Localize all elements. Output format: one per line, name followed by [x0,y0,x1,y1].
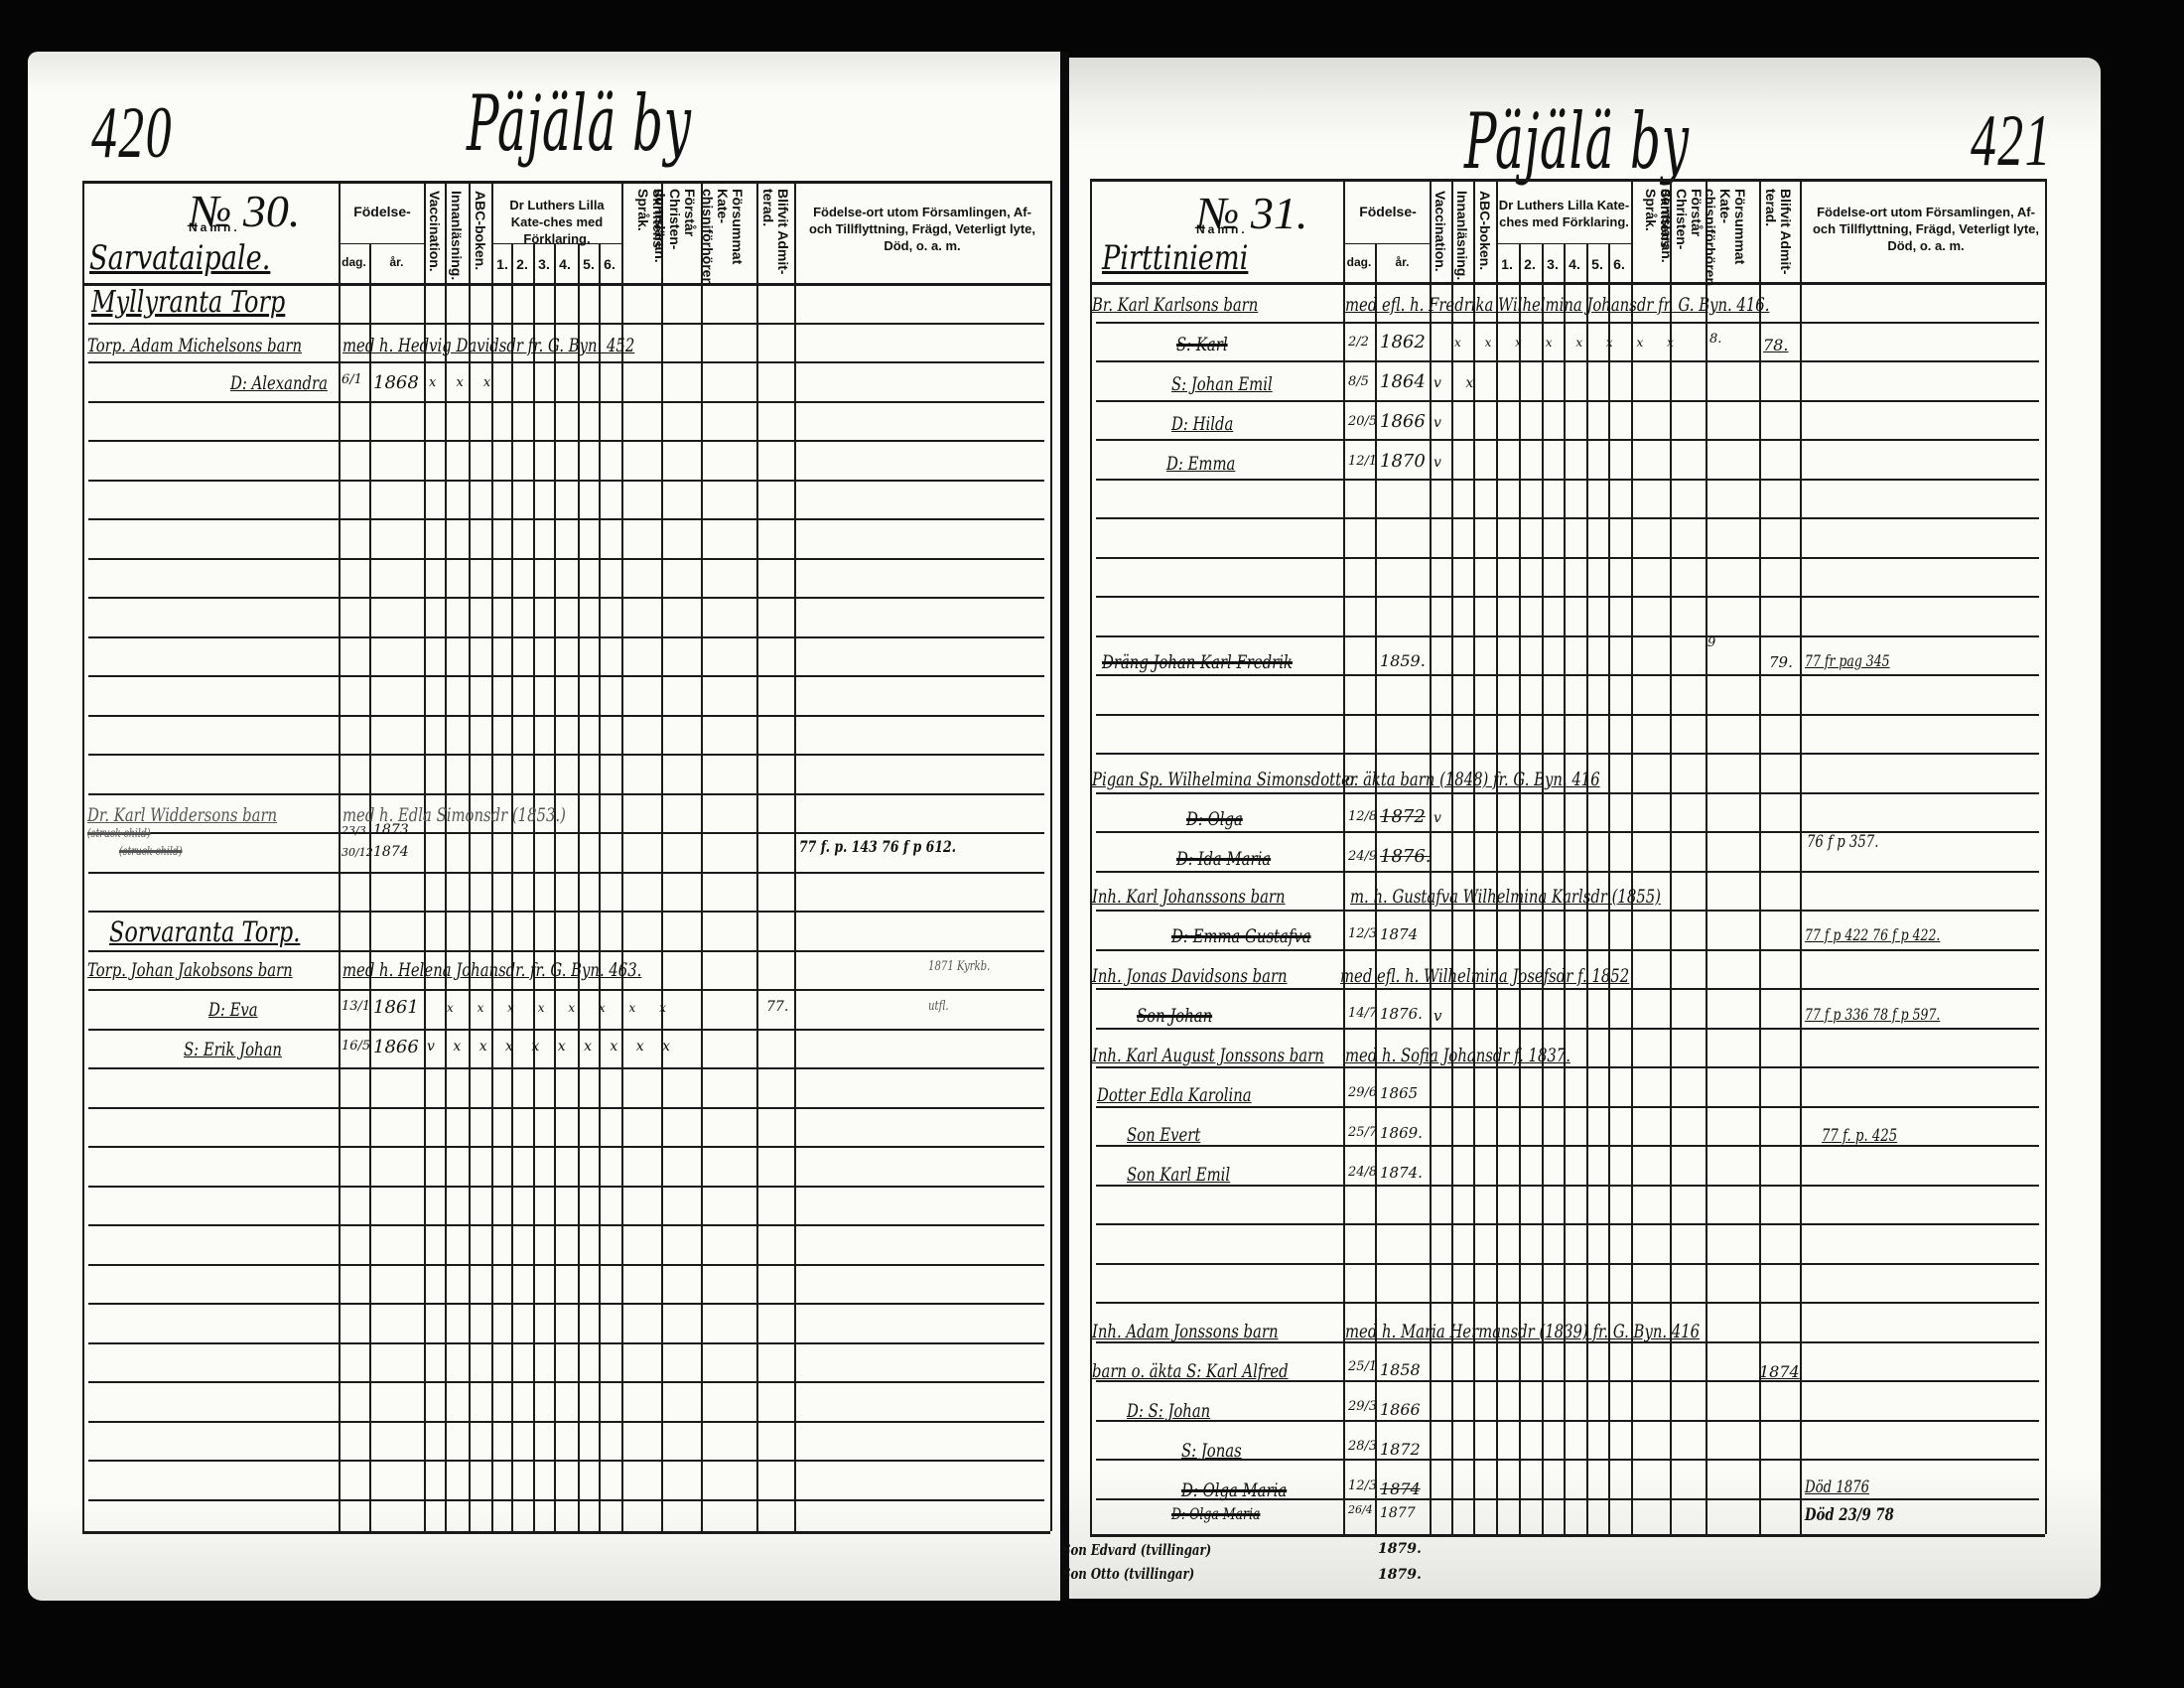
column-divider [1706,179,1707,1534]
entry-year: 1868 [373,372,419,393]
entry-continuation: med efl. h. Fredrika Wilhelmina Johansdr… [1345,294,1769,316]
entry-marks: v [1433,1007,1441,1025]
entry-blifvit: 78. [1763,336,1788,354]
entry-name: D: Olga Maria [1181,1479,1287,1501]
entry-name: Son Johan [1137,1005,1212,1027]
entry-year: 1866 [1380,411,1426,432]
row-rule [1096,517,2039,519]
entry-year: 1874 [373,844,409,860]
row-rule [88,597,1044,599]
column-divider [554,243,556,1531]
entry-year: 1876. [1380,846,1432,867]
header-innanlasning: Innanläsning. [449,191,464,282]
entry-margin-name: Son Edvard (tvillingar) [1062,1541,1211,1559]
entry-name: D: Ida Maria [1176,848,1271,870]
entry-year: 1870 [1380,451,1426,472]
row-rule [1096,557,2039,559]
luther-number: 5. [578,256,600,272]
header-dag: dag. [339,254,369,271]
row-rule [1096,674,2039,676]
entry-blifvit: 1874 [1759,1362,1800,1381]
entry-marks: x x x x x x x x [1454,336,1684,350]
page-number-left: 420 [91,91,173,176]
table-bottom-rule [1090,1534,2045,1537]
entry-continuation: med h. Hedvig Davidsdr fr. G. Byn. 452 [342,335,634,356]
column-divider [424,181,426,1531]
column-divider [369,243,371,1531]
entry-place: Myllyranta Torp [91,285,285,320]
row-rule [88,636,1044,638]
header-fodelse: Födelse- [1346,204,1430,220]
column-divider [661,181,663,1531]
entry-name: S: Karl [1176,334,1228,355]
row-rule [1096,714,2039,716]
entry-remarks: 76 f p 357. [1807,832,1878,852]
subheader-rule [1343,243,1430,244]
entry-name: S: Erik Johan [184,1039,282,1060]
header-forsummat: Försummat Kate-chisniförhören [713,189,745,283]
entry-name: Inh. Jonas Davidsons barn [1092,965,1288,987]
entry-remarks: 77 fr pag 345 [1805,651,1890,670]
header-fodelse: Födelse- [341,204,424,220]
column-divider [1800,179,1802,1534]
entry-marks: x x x [429,375,498,390]
row-rule [88,440,1044,442]
header-dag: dag. [1343,254,1375,271]
row-rule [88,1067,1044,1069]
luther-number: 6. [599,256,620,272]
entry-day: 20/5 [1348,414,1377,429]
luther-number: 2. [511,256,533,272]
entry-blifvit: 77. [766,999,788,1015]
entry-year: 1862 [1380,332,1426,352]
row-rule [88,715,1044,717]
entry-remarks: Död 1876 [1805,1477,1869,1497]
row-rule [88,361,1044,363]
header-ar: år. [1375,254,1430,271]
column-divider [1759,179,1761,1534]
entry-name: Torp. Adam Michelsons barn [87,335,302,356]
farm-name: Sarvataipale. [89,238,270,278]
row-rule [88,323,1044,325]
entry-name: D: Emma [1166,453,1235,475]
entry-name: Son Karl Emil [1127,1164,1230,1186]
entry-year: 1869. [1380,1124,1423,1142]
farm-name: Pirttiniemi [1102,238,1248,278]
header-luther: Dr Luthers Lilla Kate-ches med Förklarin… [493,197,620,247]
row-rule [1096,1223,2039,1225]
row-rule [88,558,1044,560]
row-rule [88,1342,1044,1344]
row-rule [1096,910,2039,912]
entry-day: 16/5 [341,1039,370,1054]
entry-day: 8/5 [1348,374,1369,389]
row-rule [88,989,1044,991]
entry-margin-name: Son Otto (tvillingar) [1062,1565,1194,1583]
row-rule [1096,439,2039,441]
luther-number: 4. [1564,256,1585,272]
entry-continuation: med h. Sofia Johansdr f. 1837. [1345,1045,1570,1066]
entry-remarks: 1871 Kyrkb. [928,959,990,974]
entry-remarks: Död 23/9 78 [1805,1505,1894,1525]
row-rule [1096,596,2039,598]
entry-year: 1874. [1380,1164,1423,1182]
entry-day: 24/9 [1348,849,1377,864]
namn-label: Namn. [1196,222,1248,236]
entry-year: 1874 [1380,1479,1421,1498]
header-vaccination: Vaccination. [1433,191,1447,282]
entry-year: 1859. [1380,651,1426,670]
subheader-rule [1496,243,1631,244]
entry-day: 12/8 [1348,809,1377,824]
entry-name: S: Johan Emil [1171,373,1273,395]
entry-marks: v x [1433,375,1483,391]
entry-remarks: 77 f p 336 78 f p 597. [1805,1005,1940,1024]
column-divider [339,181,341,1531]
entry-continuation: med h. Helena Johansdr. fr. G. Byn. 463. [342,959,641,981]
entry-year: 1877 [1380,1505,1416,1521]
entry-day: 14/7 [1348,1006,1377,1021]
header-luther: Dr Luthers Lilla Kate-ches med Förklarin… [1498,197,1630,230]
row-rule [88,793,1044,795]
entry-name: D: Emma Gustafva [1171,925,1311,947]
row-rule [88,1224,1044,1226]
row-rule [1096,400,2039,402]
row-rule [88,480,1044,482]
luther-number: 6. [1608,256,1630,272]
entry-name: Inh. Adam Jonssons barn [1092,1321,1279,1342]
column-divider [621,181,623,1531]
entry-remarks: 77 f. p. 425 [1822,1126,1897,1146]
entry-continuation: med h. Maria Hermansdr (1839) fr. G. Byn… [1345,1321,1700,1342]
row-rule [88,1381,1044,1383]
entry-name: D: Olga Maria [1171,1504,1260,1523]
entry-day: 26/4 [1348,1503,1373,1516]
entry-marks: v [1433,415,1441,431]
entry-name: Dr. Karl Widdersons barn [87,804,277,826]
entry-forsummat: 8. [1709,332,1721,347]
entry-marks: v x x x x x x x x x [427,1039,677,1055]
row-rule [1096,322,2039,324]
entry-name: D: Alexandra [230,372,328,394]
village-title-left: Päjälä by [467,79,692,169]
row-rule [1096,635,2039,637]
header-abc: ABC-boken. [473,191,487,282]
table-bottom-rule [82,1531,1050,1534]
row-rule [88,872,1044,874]
entry-day: 13/1 [341,999,370,1014]
row-rule [1096,479,2039,481]
row-rule [1096,1066,2039,1068]
entry-place: Sorvaranta Torp. [109,915,300,948]
entry-year: 1872 [1380,806,1426,827]
column-divider [794,181,796,1531]
luther-number: 3. [533,256,555,272]
luther-number: 5. [1586,256,1608,272]
entry-year: 1866 [1380,1400,1421,1419]
row-rule [1096,792,2039,794]
header-forstar: Förstår Christen-domsläran. [1674,189,1704,283]
row-rule [88,1107,1044,1109]
entry-remarks: utfl. [928,999,949,1014]
entry-day: 12/3 [1348,926,1377,941]
entry-name: Inh. Karl August Jonssons barn [1092,1045,1324,1066]
row-rule [1096,1145,2039,1147]
row-rule [1096,1185,2039,1187]
entry-name-struck: (struck child) [119,844,183,858]
header-forstar: Förstår Christen-domsläran. [667,189,697,283]
entry-day: 29/6 [1348,1085,1377,1100]
entry-day: 6/1 [341,372,362,387]
entry-day: 2/2 [1348,335,1369,350]
entry-name: D: S: Johan [1127,1400,1210,1422]
header-bottom-rule [1090,282,2045,285]
row-rule [88,675,1044,677]
column-divider [701,181,703,1531]
subheader-rule [339,243,424,244]
luther-number: 4. [554,256,576,272]
column-divider [599,243,601,1531]
header-blifvit: Blifvit Admit-terad. [1765,189,1793,283]
entry-name: Son Evert [1127,1124,1200,1146]
entry-year: 1861 [373,997,419,1018]
entry-name: Inh. Karl Johanssons barn [1092,886,1286,908]
row-rule [1096,1420,2039,1422]
header-vaccination: Vaccination. [427,191,442,282]
entry-name: S: Jonas [1181,1440,1242,1462]
row-rule [88,1029,1044,1031]
village-title-right: Päjälä by [1464,97,1690,187]
table-top-rule [1090,179,2045,182]
row-rule [88,1499,1044,1501]
column-divider [756,181,758,1531]
entry-year: 1866 [373,1037,419,1057]
luther-number: 1. [1496,256,1518,272]
entry-year: 1879. [1378,1567,1422,1583]
entry-forsummat: 9 [1707,635,1715,650]
column-divider [511,243,513,1531]
entry-day: 23/3 [341,824,366,837]
row-rule [88,1421,1044,1423]
header-remarks: Födelse-ort utom Församlingen, Af- och T… [804,204,1040,254]
entry-year: 1874 [1380,925,1418,943]
column-divider [578,243,580,1531]
header-blifvit: Blifvit Admit-terad. [762,189,790,283]
row-rule [88,1146,1044,1148]
row-rule [88,832,1044,834]
header-ar: år. [369,254,424,271]
luther-number: 2. [1519,256,1541,272]
table-right-border [2045,179,2047,1534]
entry-name: D: Eva [208,999,258,1021]
entry-day: 12/3 [1348,1478,1377,1493]
column-divider [533,243,535,1531]
entry-year: 1864 [1380,371,1426,392]
row-rule [88,1303,1044,1305]
header-remarks: Födelse-ort utom Församlingen, Af- och T… [1809,204,2043,254]
entry-remarks: 77 f p 422 76 f p 422. [1805,925,1940,944]
row-rule [88,1460,1044,1462]
row-rule [1096,1263,2039,1265]
entry-marks: x x x x x x x x [447,1001,676,1015]
luther-number: 3. [1542,256,1564,272]
page-number-right: 421 [1971,99,2052,184]
entry-name: Br. Karl Karlsons barn [1092,294,1258,316]
row-rule [1096,1028,2039,1030]
entry-day: 25/7 [1348,1125,1377,1140]
luther-number: 1. [491,256,513,272]
entry-name: Dräng Johan Karl Fredrik [1102,651,1293,673]
entry-year: 1873 [373,822,409,838]
table-left-border [82,181,84,1531]
row-rule [1096,988,2039,990]
entry-marks: v [1433,810,1441,826]
entry-year: 1872 [1380,1440,1421,1459]
row-rule [1096,1106,2039,1108]
row-rule [88,1186,1044,1188]
entry-continuation: med efl. h. Wilhelmina Josefsdr f. 1852 [1340,965,1629,987]
row-rule [88,911,1044,913]
entry-year: 1858 [1380,1360,1421,1379]
namn-label: Namn. [189,220,240,234]
entry-year: 1865 [1380,1084,1418,1102]
table-right-border [1050,181,1052,1531]
entry-name: barn o. äkta S: Karl Alfred [1092,1360,1289,1382]
entry-blifvit: 79. [1769,653,1793,671]
row-rule [88,950,1044,952]
entry-day: 24/8 [1348,1165,1377,1180]
entry-name: Pigan Sp. Wilhelmina Simonsdotter [1092,769,1357,790]
row-rule [1096,949,2039,951]
entry-year: 1879. [1378,1541,1422,1557]
row-rule [1096,753,2039,755]
entry-day: 28/3 [1348,1439,1377,1454]
header-forsummat: Försummat Kate-chisniförhören. [1715,189,1747,283]
entry-name-struck: (struck child) [87,826,151,840]
entry-name: D: Olga [1186,808,1243,830]
entry-continuation: m. h. Gustafva Wilhelmina Karlsdr (1855) [1350,886,1661,908]
row-rule [1096,871,2039,873]
entry-day: 12/1 [1348,454,1377,469]
entry-continuation: o. äkta barn (1848) fr. G. Byn. 416 [1345,769,1600,790]
entry-name: D: Hilda [1171,413,1233,435]
entry-remarks: 77 f. p. 143 76 f p 612. [799,837,956,856]
row-rule [88,754,1044,756]
row-rule [88,401,1044,403]
entry-day: 30/12 [341,846,373,859]
entry-name: Torp. Johan Jakobsons barn [87,959,293,981]
row-rule [1096,831,2039,833]
book-spine [1060,52,1069,1601]
entry-name: Dotter Edla Karolina [1097,1084,1252,1106]
entry-year: 1876. [1380,1005,1423,1023]
row-rule [1096,1302,2039,1304]
row-rule [88,518,1044,520]
row-rule [88,1264,1044,1266]
entry-day: 25/1 [1348,1359,1377,1374]
table-top-rule [82,181,1050,184]
header-abc: ABC-boken. [1477,191,1492,282]
row-rule [1096,360,2039,362]
header-innanlasning: Innanläsning. [1454,191,1469,282]
entry-day: 29/3 [1348,1399,1377,1414]
entry-marks: v [1433,455,1441,471]
